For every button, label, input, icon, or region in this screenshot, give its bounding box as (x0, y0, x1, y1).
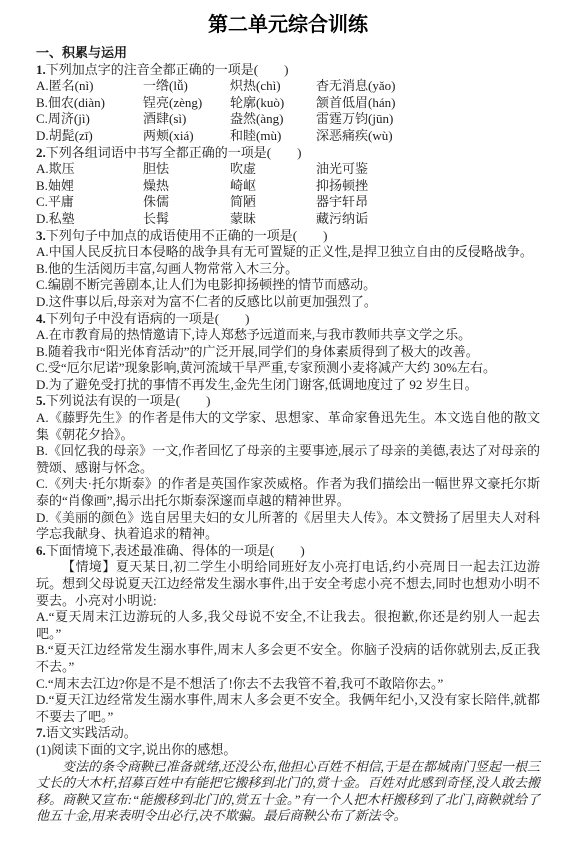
option-cell: C.周济(jì) (36, 111, 143, 128)
question-6-option-d: D.“夏天江边经常发生溺水事件,周末人多会更不安全。我俩年纪小,又没有家长陪伴,… (36, 692, 540, 725)
question-4-option-a: A.在市教育局的热情邀请下,诗人郑愁予远道而来,与我市教师共享文学之乐。 (36, 327, 540, 344)
option-cell: 炽热(chì) (230, 78, 316, 95)
question-5-option-d: D.《美丽的颜色》选自居里夫妇的女儿所著的《居里夫人传》。本文赞扬了居里夫人对科… (36, 510, 540, 543)
question-2-option-row-a: A.欺压 胆怯 吹虚 油光可鉴 (36, 161, 540, 178)
option-cell: 轮廓(kuò) (230, 95, 316, 112)
option-cell: 简陋 (230, 194, 316, 211)
section-heading: 一、积累与运用 (36, 45, 540, 62)
question-3-number: 3. (36, 228, 46, 243)
question-2-number: 2. (36, 145, 46, 160)
question-1-text: 下列加点字的注音全都正确的一项是( ) (46, 62, 289, 77)
option-cell: 和睦(mù) (230, 128, 316, 145)
question-2-option-row-c: C.平庸 侏儒 简陋 器宇轩昂 (36, 194, 540, 211)
page: 第二单元综合训练 一、积累与运用 1.下列加点字的注音全都正确的一项是( ) A… (0, 0, 570, 859)
option-cell: B.佃农(diàn) (36, 95, 143, 112)
question-4-text: 下列句子中没有语病的一项是( ) (46, 311, 250, 326)
question-7-text: 语文实践活动。 (46, 725, 137, 740)
option-cell: 燥热 (143, 178, 230, 195)
option-cell: 器宇轩昂 (316, 194, 540, 211)
option-cell: 雷霆万钧(jūn) (316, 111, 540, 128)
question-2-text: 下列各组词语中书写全都正确的一项是( ) (46, 145, 302, 160)
option-cell: 一绺(lǚ) (143, 78, 230, 95)
option-cell: C.平庸 (36, 194, 143, 211)
question-2-stem: 2.下列各组词语中书写全都正确的一项是( ) (36, 145, 540, 162)
question-1-option-row-d: D.胡髭(zī) 两颊(xiá) 和睦(mù) 深恶痛疾(wù) (36, 128, 540, 145)
option-cell: 抑扬顿挫 (316, 178, 540, 195)
question-3-text: 下列句子中加点的成语使用不正确的一项是( ) (46, 228, 328, 243)
question-1-number: 1. (36, 62, 46, 77)
question-1-option-row-a: A.匿名(nì) 一绺(lǚ) 炽热(chì) 杳无消息(yǎo) (36, 78, 540, 95)
option-cell: 崎岖 (230, 178, 316, 195)
option-cell: B.妯娌 (36, 178, 143, 195)
option-cell: 酒肆(sì) (143, 111, 230, 128)
question-1-stem: 1.下列加点字的注音全都正确的一项是( ) (36, 62, 540, 79)
question-6-number: 6. (36, 543, 46, 558)
option-cell: 杳无消息(yǎo) (316, 78, 540, 95)
question-7-passage: 变法的条令商鞅已准备就绪,还没公布,他担心百姓不相信,于是在都城南门竖起一根三丈… (36, 759, 540, 825)
option-cell: 深恶痛疾(wù) (316, 128, 540, 145)
option-cell: 胆怯 (143, 161, 230, 178)
question-3-option-b: B.他的生活阅历丰富,勾画人物常常入木三分。 (36, 261, 540, 278)
option-cell: 蒙昧 (230, 211, 316, 228)
question-5-number: 5. (36, 393, 46, 408)
question-4-option-d: D.为了避免受打扰的事情不再发生,金先生闭门谢客,低调地度过了 92 岁生日。 (36, 377, 540, 394)
question-4-option-b: B.随着我市“阳光体育活动”的广泛开展,同学们的身体素质得到了极大的改善。 (36, 344, 540, 361)
option-cell: 两颊(xiá) (143, 128, 230, 145)
question-6-scenario: 【情境】夏天某日,初二学生小明给同班好友小亮打电话,约小亮周日一起去江边游玩。想… (36, 559, 540, 609)
question-7-number: 7. (36, 725, 46, 740)
option-cell: D.私塾 (36, 211, 143, 228)
question-3-stem: 3.下列句子中加点的成语使用不正确的一项是( ) (36, 228, 540, 245)
option-cell: 油光可鉴 (316, 161, 540, 178)
question-4-option-c: C.受“厄尔尼诺”现象影响,黄河流域干旱严重,专家预测小麦将减产大约 30%左右… (36, 360, 540, 377)
question-6-stem: 6.下面情境下,表述最准确、得体的一项是( ) (36, 543, 540, 560)
question-3-option-d: D.这件事以后,母亲对为富不仁者的反感比以前更加强烈了。 (36, 294, 540, 311)
option-cell: A.欺压 (36, 161, 143, 178)
question-6-option-b: B.“夏天江边经常发生溺水事件,周末人多会更不安全。你脑子没病的话你就别去,反正… (36, 642, 540, 675)
option-cell: 藏污纳诟 (316, 211, 540, 228)
question-6-option-c: C.“周末去江边?你是不是不想活了!你去不去我管不着,我可不敢陪你去。” (36, 676, 540, 693)
option-cell: 颔首低眉(hán) (316, 95, 540, 112)
option-cell: 盎然(àng) (230, 111, 316, 128)
question-5-stem: 5.下列说法有误的一项是( ) (36, 393, 540, 410)
option-cell: 吹虚 (230, 161, 316, 178)
doc-title: 第二单元综合训练 (36, 12, 540, 38)
question-5-text: 下列说法有误的一项是( ) (46, 393, 211, 408)
question-1-option-row-b: B.佃农(diàn) 锃亮(zèng) 轮廓(kuò) 颔首低眉(hán) (36, 95, 540, 112)
question-4-number: 4. (36, 311, 46, 326)
question-2-option-row-d: D.私塾 长髯 蒙昧 藏污纳诟 (36, 211, 540, 228)
question-4-stem: 4.下列句子中没有语病的一项是( ) (36, 311, 540, 328)
question-5-option-a: A.《藤野先生》的作者是伟大的文学家、思想家、革命家鲁迅先生。本文选自他的散文集… (36, 410, 540, 443)
question-5-option-c: C.《列夫·托尔斯泰》的作者是英国作家茨威格。作者为我们描绘出一幅世界文豪托尔斯… (36, 476, 540, 509)
question-7-stem: 7.语文实践活动。 (36, 725, 540, 742)
question-7-subitem: (1)阅读下面的文字,说出你的感想。 (36, 742, 540, 759)
question-5-option-b: B.《回忆我的母亲》一文,作者回忆了母亲的主要事迹,展示了母亲的美德,表达了对母… (36, 443, 540, 476)
question-2-option-row-b: B.妯娌 燥热 崎岖 抑扬顿挫 (36, 178, 540, 195)
question-1-option-row-c: C.周济(jì) 酒肆(sì) 盎然(àng) 雷霆万钧(jūn) (36, 111, 540, 128)
question-6-option-a: A.“夏天周末江边游玩的人多,我父母说不安全,不让我去。很抱歉,你还是约别人一起… (36, 609, 540, 642)
question-6-text: 下面情境下,表述最准确、得体的一项是( ) (46, 543, 305, 558)
option-cell: 锃亮(zèng) (143, 95, 230, 112)
option-cell: A.匿名(nì) (36, 78, 143, 95)
option-cell: 长髯 (143, 211, 230, 228)
option-cell: 侏儒 (143, 194, 230, 211)
question-3-option-a: A.中国人民反抗日本侵略的战争具有无可置疑的正义性,是捍卫独立自由的反侵略战争。 (36, 244, 540, 261)
option-cell: D.胡髭(zī) (36, 128, 143, 145)
question-3-option-c: C.编剧不断完善剧本,让人们为电影抑扬顿挫的情节而感动。 (36, 277, 540, 294)
